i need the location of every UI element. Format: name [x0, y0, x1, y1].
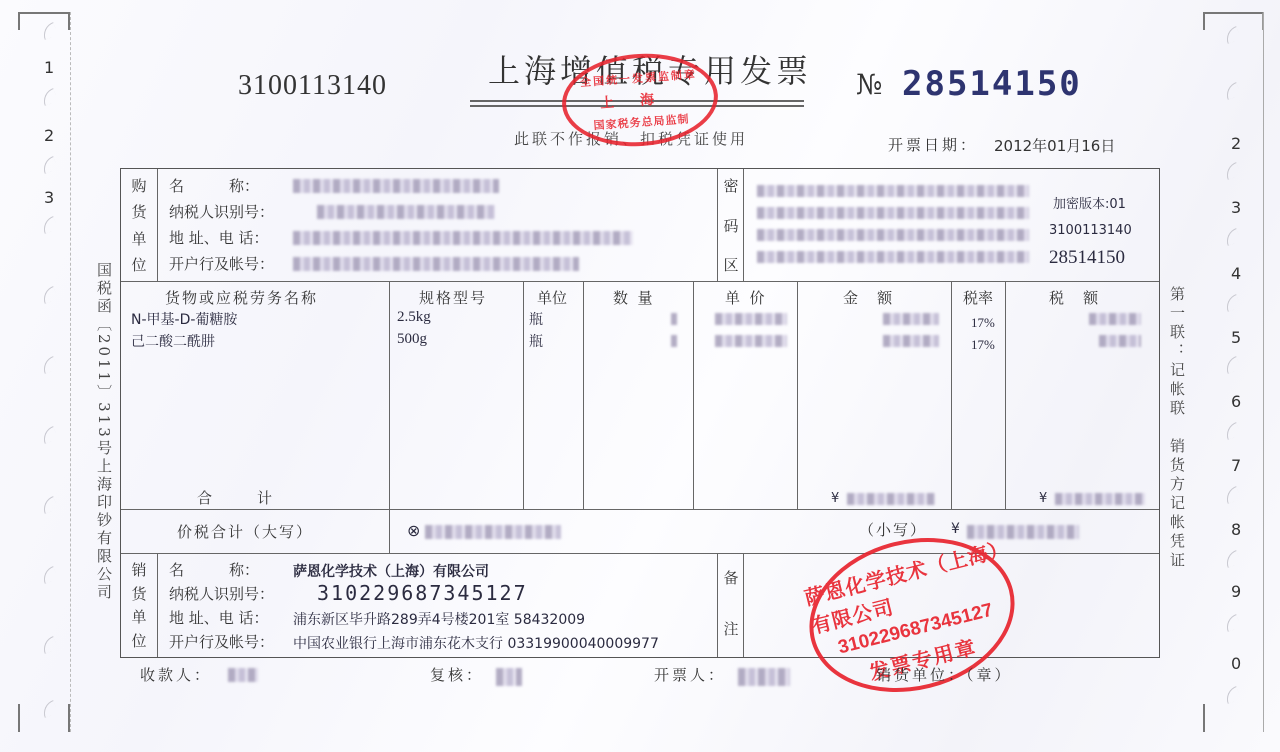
col-header-quantity: 数 量 [613, 287, 653, 308]
buyer-address-label: 地 址、电 话： [169, 227, 269, 248]
item-1-tax-rate: 17% [971, 315, 995, 331]
buyer-bank-redacted [293, 257, 579, 271]
payee-label: 收款人： [140, 664, 212, 685]
rule [1005, 281, 1006, 509]
rule [389, 281, 390, 509]
cross-circle-icon: ⊗ [407, 521, 420, 540]
seller-seal-label: 销货单位：（章） [876, 664, 1013, 685]
rule [743, 553, 744, 657]
seller-name-label: 名 称： [169, 559, 259, 580]
perforation-line [70, 12, 71, 732]
total-tax-currency: ¥ [1039, 491, 1047, 506]
lowercase-label: （小写） [859, 519, 927, 540]
strip-number: 7 [1231, 456, 1241, 475]
left-feed-strip: 1 2 3 [18, 12, 72, 732]
stamp-arc-top: 全国统一发票监制章 [580, 66, 698, 90]
rule [717, 169, 718, 281]
invoice-number: 28514150 [902, 64, 1082, 104]
copy-note: 第一联：记帐联 销货方记帐凭证 [1165, 286, 1187, 571]
seller-address-label: 地 址、电 话： [169, 607, 269, 628]
col-header-unit-price: 单 价 [725, 287, 765, 308]
seller-taxid: 310229687345127 [317, 581, 528, 605]
feed-hole-icon [1223, 162, 1241, 180]
feed-hole-icon [40, 426, 58, 444]
item-1-name: N-甲基-D-葡糖胺 [131, 309, 237, 329]
rule [121, 553, 1159, 554]
buyer-name-label: 名 称： [169, 175, 259, 196]
strip-number: 0 [1231, 654, 1241, 673]
buyer-taxid-redacted [317, 205, 495, 219]
grand-total-currency: ¥ [951, 521, 960, 537]
feed-hole-icon [1223, 614, 1241, 632]
issuer-label: 开票人： [654, 664, 726, 685]
reviewer-redacted [496, 668, 522, 686]
feed-hole-icon [1223, 686, 1241, 704]
invoice-code: 3100113140 [238, 70, 387, 102]
item-1-tax-redacted [1089, 313, 1141, 325]
feed-hole-icon [40, 216, 58, 234]
feed-hole-icon [1223, 550, 1241, 568]
strip-edge [1263, 12, 1264, 732]
seller-name: 萨恩化学技术（上海）有限公司 [293, 561, 489, 581]
buyer-address-redacted [293, 231, 633, 245]
item-2-unit-price-redacted [715, 335, 787, 347]
item-2-amount-redacted [883, 335, 939, 347]
cipher-line-redacted [757, 229, 1029, 241]
item-1-unit-price-redacted [715, 313, 787, 325]
feed-hole-icon [40, 356, 58, 374]
feed-hole-icon [1223, 82, 1241, 100]
total-tax-redacted [1055, 493, 1145, 505]
col-header-tax: 税 额 [1049, 287, 1098, 308]
numero-sign: № [856, 68, 883, 101]
seller-address: 浦东新区毕升路289弄4号楼201室 58432009 [293, 609, 585, 629]
feed-hole-icon [1223, 486, 1241, 504]
strip-number: 1 [44, 58, 54, 77]
item-2-unit: 瓶 [529, 331, 543, 351]
total-amount-redacted [847, 493, 935, 505]
issuer-redacted [738, 668, 790, 686]
invoice-paper: 1 2 3 2 3 4 5 6 7 8 9 0 [0, 0, 1280, 752]
buyer-taxid-label: 纳税人识别号： [169, 201, 274, 222]
item-1-amount-redacted [883, 313, 939, 325]
grand-total-label: 价税合计（大写） [177, 521, 313, 542]
feed-hole-icon [1223, 294, 1241, 312]
rule [157, 553, 158, 657]
feed-hole-icon [40, 286, 58, 304]
strip-number: 6 [1231, 392, 1241, 411]
item-1-quantity-redacted [671, 313, 677, 325]
item-1-unit: 瓶 [529, 309, 543, 329]
item-2-spec: 500g [397, 331, 427, 348]
col-header-unit: 单位 [537, 287, 567, 308]
strip-number: 2 [44, 126, 54, 145]
right-feed-strip: 2 3 4 5 6 7 8 9 0 [1203, 12, 1265, 732]
buyer-name-redacted [293, 179, 499, 193]
feed-hole-icon [40, 156, 58, 174]
buyer-bank-label: 开户行及帐号： [169, 253, 274, 274]
rule [121, 509, 1159, 510]
feed-hole-icon [1223, 422, 1241, 440]
buyer-section-label: 购 货 单 位 [129, 175, 149, 275]
item-2-tax-redacted [1099, 335, 1141, 347]
feed-hole-icon [1223, 228, 1241, 246]
item-1-spec: 2.5kg [397, 309, 431, 326]
strip-bracket [1203, 704, 1263, 732]
seller-section-label: 销 货 单 位 [129, 559, 149, 651]
seller-taxid-label: 纳税人识别号： [169, 583, 274, 604]
cipher-invoice-number: 28514150 [1049, 247, 1125, 269]
rule [951, 281, 952, 509]
strip-number: 3 [1231, 198, 1241, 217]
seller-bank: 中国农业银行上海市浦东花木支行 03319900040009977 [293, 633, 659, 653]
rule [583, 281, 584, 509]
encryption-version: 加密版本:01 [1053, 193, 1126, 212]
feed-hole-icon [40, 88, 58, 106]
feed-hole-icon [40, 636, 58, 654]
payee-redacted [228, 668, 258, 682]
total-amount-currency: ¥ [831, 491, 839, 506]
item-2-name: 己二酸二酰肼 [131, 331, 215, 351]
rule [743, 169, 744, 281]
stamp-arc-bottom: 国家税务总局监制 [593, 111, 690, 134]
rule [121, 281, 1159, 282]
strip-number: 2 [1231, 134, 1241, 153]
rule [797, 281, 798, 509]
remarks-section-label: 备 注 [721, 567, 741, 639]
date-label: 开票日期： [888, 134, 978, 155]
strip-number: 5 [1231, 328, 1241, 347]
col-header-name: 货物或应税劳务名称 [165, 287, 318, 308]
cipher-line-redacted [757, 251, 1029, 263]
total-label: 合 计 [197, 487, 272, 508]
grand-total-uppercase-redacted [425, 525, 561, 539]
feed-hole-icon [1223, 356, 1241, 374]
strip-bracket [18, 12, 70, 30]
stamp-middle: 上海 [599, 87, 680, 113]
rule [157, 169, 158, 281]
date-value: 2012年01月16日 [994, 135, 1115, 156]
cipher-invoice-code: 3100113140 [1049, 223, 1132, 238]
item-2-quantity-redacted [671, 335, 677, 347]
strip-number: 3 [44, 188, 54, 207]
seller-bank-label: 开户行及帐号： [169, 631, 274, 652]
printer-note: 国税函〔2011〕313号上海印钞有限公司 [92, 262, 114, 602]
rule [389, 509, 390, 553]
feed-hole-icon [40, 496, 58, 514]
strip-number: 8 [1231, 520, 1241, 539]
cipher-section-label: 密 码 区 [721, 175, 741, 275]
feed-hole-icon [40, 566, 58, 584]
rule [717, 553, 718, 657]
cipher-line-redacted [757, 207, 1029, 219]
strip-number: 9 [1231, 582, 1241, 601]
rule [523, 281, 524, 509]
col-header-amount: 金 额 [843, 287, 892, 308]
col-header-tax-rate: 税率 [963, 287, 993, 308]
col-header-spec: 规格型号 [419, 287, 487, 308]
cipher-line-redacted [757, 185, 1029, 197]
reviewer-label: 复核： [430, 664, 484, 685]
item-2-tax-rate: 17% [971, 337, 995, 353]
strip-number: 4 [1231, 264, 1241, 283]
rule [693, 281, 694, 509]
